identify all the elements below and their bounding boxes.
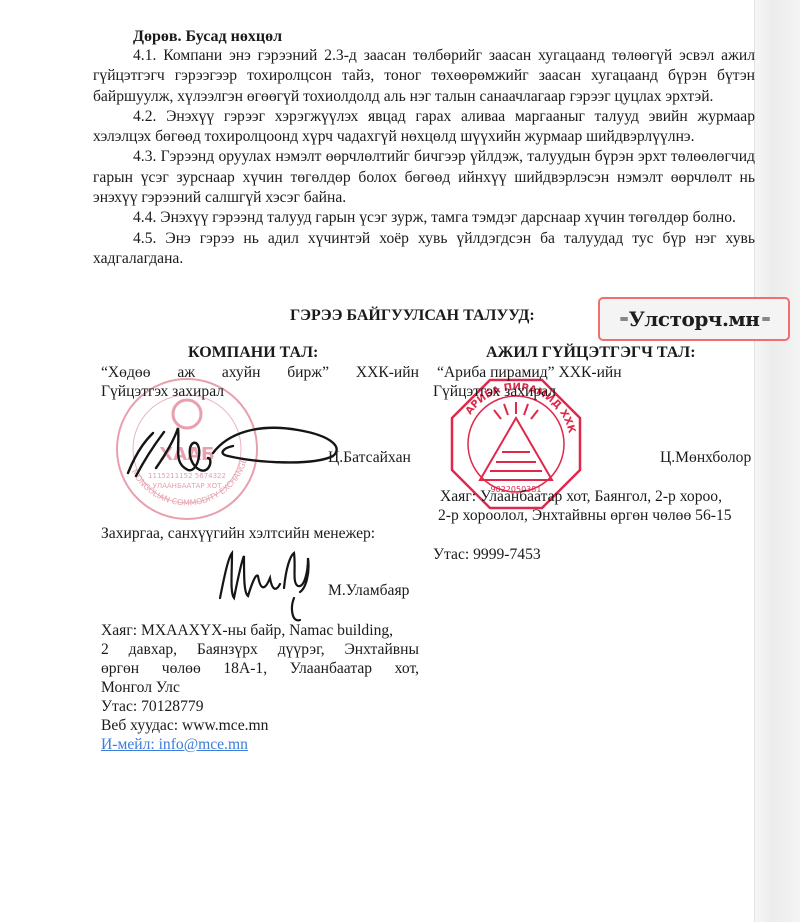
company-email-link[interactable]: И-мейл: info@mce.mn: [101, 735, 248, 754]
clause-4-4: 4.4. Энэхүү гэрээнд талууд гарын үсэг зу…: [93, 208, 755, 228]
company-org: “Хөдөө аж ахуйн бирж” ХХК-ийн: [101, 363, 419, 382]
clause-4-1: 4.1. Компани энэ гэрээний 2.3-д заасан т…: [93, 46, 755, 107]
wing-left-icon: ═: [620, 312, 625, 326]
contractor-signer: Ц.Мөнхболор: [660, 448, 751, 467]
contractor-phone: Утас: 9999-7453: [433, 545, 541, 564]
contractor-title: АЖИЛ ГҮЙЦЭТГЭГЧ ТАЛ:: [486, 344, 696, 362]
contractor-position: Гүйцэтгэх захирал: [433, 382, 556, 401]
section-heading: Дөрөв. Бусад нөхцөл: [133, 28, 282, 46]
clause-4-5: 4.5. Энэ гэрээ нь адил хүчинтэй хоёр хув…: [93, 229, 755, 270]
company-address-line-4: Монгол Улс: [101, 678, 180, 697]
clause-4-3: 4.3. Гэрээнд оруулах нэмэлт өөрчлөлтийг …: [93, 147, 755, 208]
logo-text: Улсторч.мн: [629, 307, 760, 331]
contractor-address-line-1: Хаяг: Улаанбаатар хот, Баянгол, 2-р хоро…: [440, 487, 722, 506]
company-manager-position: Захиргаа, санхүүгийн хэлтсийн менежер:: [101, 524, 375, 543]
clauses: 4.1. Компани энэ гэрээний 2.3-д заасан т…: [93, 46, 755, 269]
contractor-address-line-2: 2-р хороолол, Энхтайвны өргөн чөлөө 56-1…: [438, 506, 732, 525]
company-address-line-2: 2 давхар, Баянзүрх дүүрэг, Энхтайвны: [101, 640, 419, 659]
company-address-line-1: Хаяг: МХААХҮХ-ны байр, Namac building,: [101, 621, 419, 640]
watermark-logo: ═ Улсторч.мн ═: [598, 297, 790, 341]
company-manager-signer: М.Уламбаяр: [328, 581, 409, 600]
parties-title: ГЭРЭЭ БАЙГУУЛСАН ТАЛУУД:: [290, 307, 535, 325]
company-address-line-3: өргөн чөлөө 18А-1, Улаанбаатар хот,: [101, 659, 419, 678]
wing-right-icon: ═: [762, 312, 767, 326]
company-title: КОМПАНИ ТАЛ:: [188, 344, 318, 362]
company-website: Веб хуудас: www.mce.mn: [101, 716, 268, 735]
company-position: Гүйцэтгэх захирал: [101, 382, 224, 401]
company-signer: Ц.Батсайхан: [328, 448, 411, 467]
manager-signature-icon: [212, 548, 322, 628]
contractor-org: “Ариба пирамид” ХХК-ийн: [437, 363, 622, 382]
contract-page: Дөрөв. Бусад нөхцөл 4.1. Компани энэ гэр…: [0, 0, 800, 922]
clause-4-2: 4.2. Энэхүү гэрээг хэрэгжүүлэх явцад гар…: [93, 107, 755, 148]
company-phone: Утас: 70128779: [101, 697, 204, 716]
company-signature-icon: [118, 418, 358, 488]
